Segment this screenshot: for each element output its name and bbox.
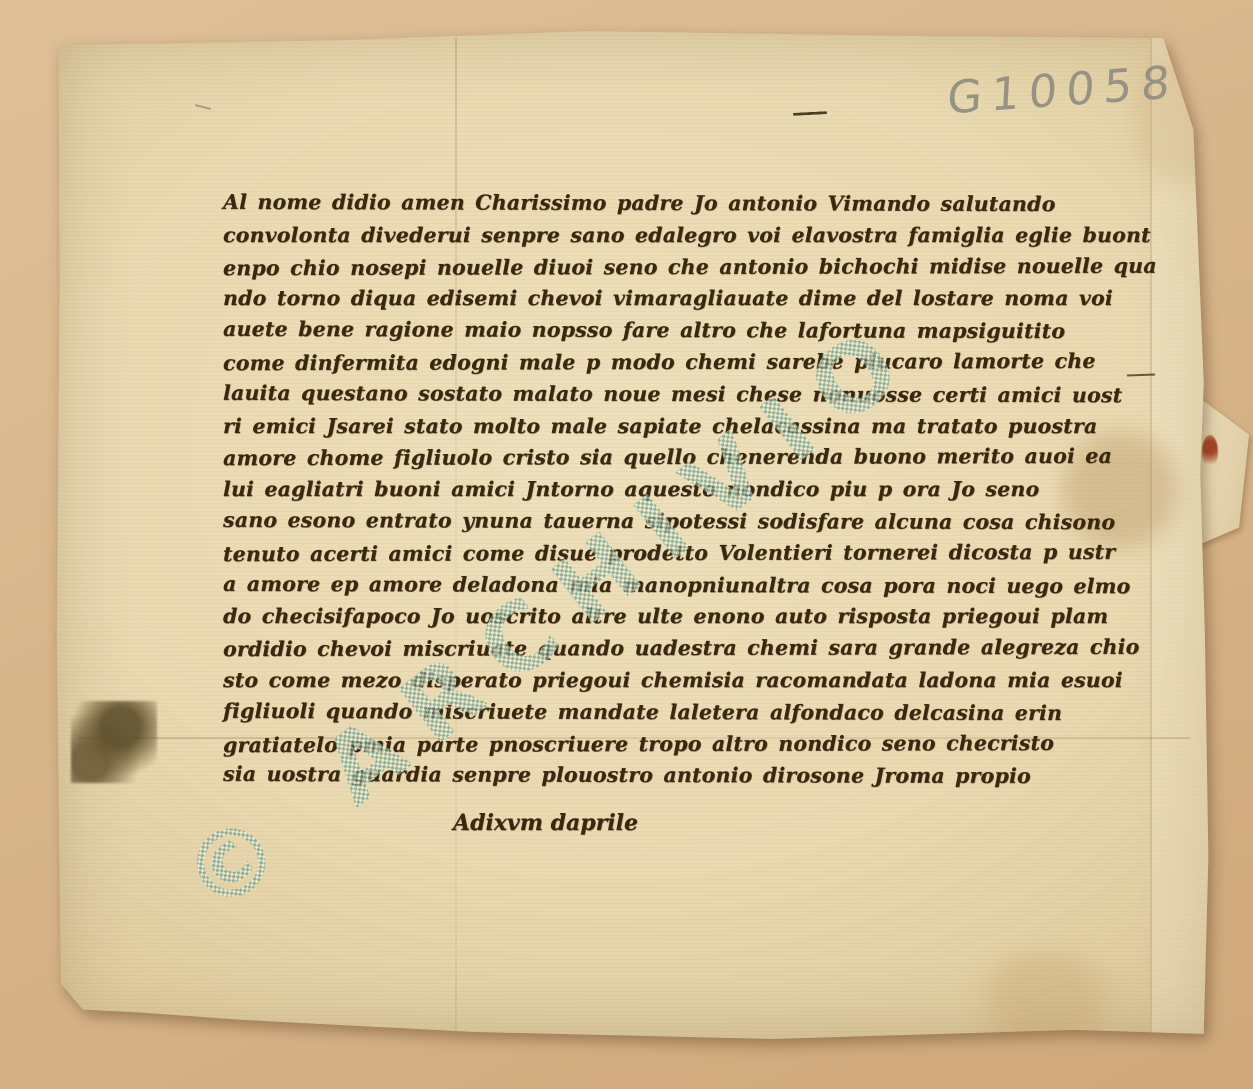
manuscript-line: gratiatelo pmia parte pnoscriuere tropo … (223, 727, 1103, 761)
pencil-tick-mark (195, 104, 211, 110)
manuscript-line: a amore ep amore deladona mia manopniuna… (223, 568, 1103, 602)
manuscript-sheet: G100586 Al nome didio amen Charissimo pa… (55, 28, 1213, 1040)
manuscript-dateline: Adixvm daprile (453, 810, 638, 836)
manuscript-layer: G100586 Al nome didio amen Charissimo pa… (0, 0, 1253, 1089)
letter-text-block: Al nome didio amen Charissimo padre Jo a… (223, 188, 1103, 792)
water-stain-bottom (960, 953, 1130, 1048)
manuscript-line: convolonta divederui senpre sano edalegr… (223, 220, 1103, 252)
manuscript-line: ordidio chevoi miscriuate quando uadestr… (223, 632, 1103, 666)
manuscript-line: figliuoli quando miscriuete mandate lale… (223, 696, 1103, 730)
manuscript-line: amore chome figliuolo cristo sia quello … (223, 441, 1103, 475)
manuscript-line: enpo chio nosepi nouelle diuoi seno che … (223, 250, 1103, 284)
manuscript-line: do checisifapoco Jo uoscrito altre ulte … (223, 601, 1103, 633)
manuscript-line: come dinfermita edogni male p modo chemi… (223, 346, 1103, 380)
manuscript-line: auete bene ragione maio nopsso fare altr… (223, 314, 1103, 348)
manuscript-line: Al nome didio amen Charissimo padre Jo a… (223, 187, 1103, 221)
manuscript-line: ndo torno diqua edisemi chevoi vimaragli… (223, 283, 1103, 315)
manuscript-line: lui eagliatri buoni amici Jntorno aquest… (223, 474, 1103, 506)
manuscript-line: tenuto acerti amici come disue prodetto … (223, 537, 1103, 571)
ink-stain-left (71, 701, 157, 783)
manuscript-line: ri emici Jsarei stato molto male sapiate… (223, 411, 1103, 443)
manuscript-line: sano esono entrato ynuna tauerna sipotes… (223, 505, 1103, 539)
manuscript-line: sia uostra guardia senpre plouostro anto… (223, 759, 1103, 793)
manuscript-line: lauita questano sostato malato noue mesi… (223, 378, 1103, 412)
manuscript-line: sto come mezo disperato priegoui chemisi… (223, 665, 1103, 697)
ink-dash-mark-top (793, 111, 827, 116)
mat-board: G100586 Al nome didio amen Charissimo pa… (0, 0, 1253, 1089)
